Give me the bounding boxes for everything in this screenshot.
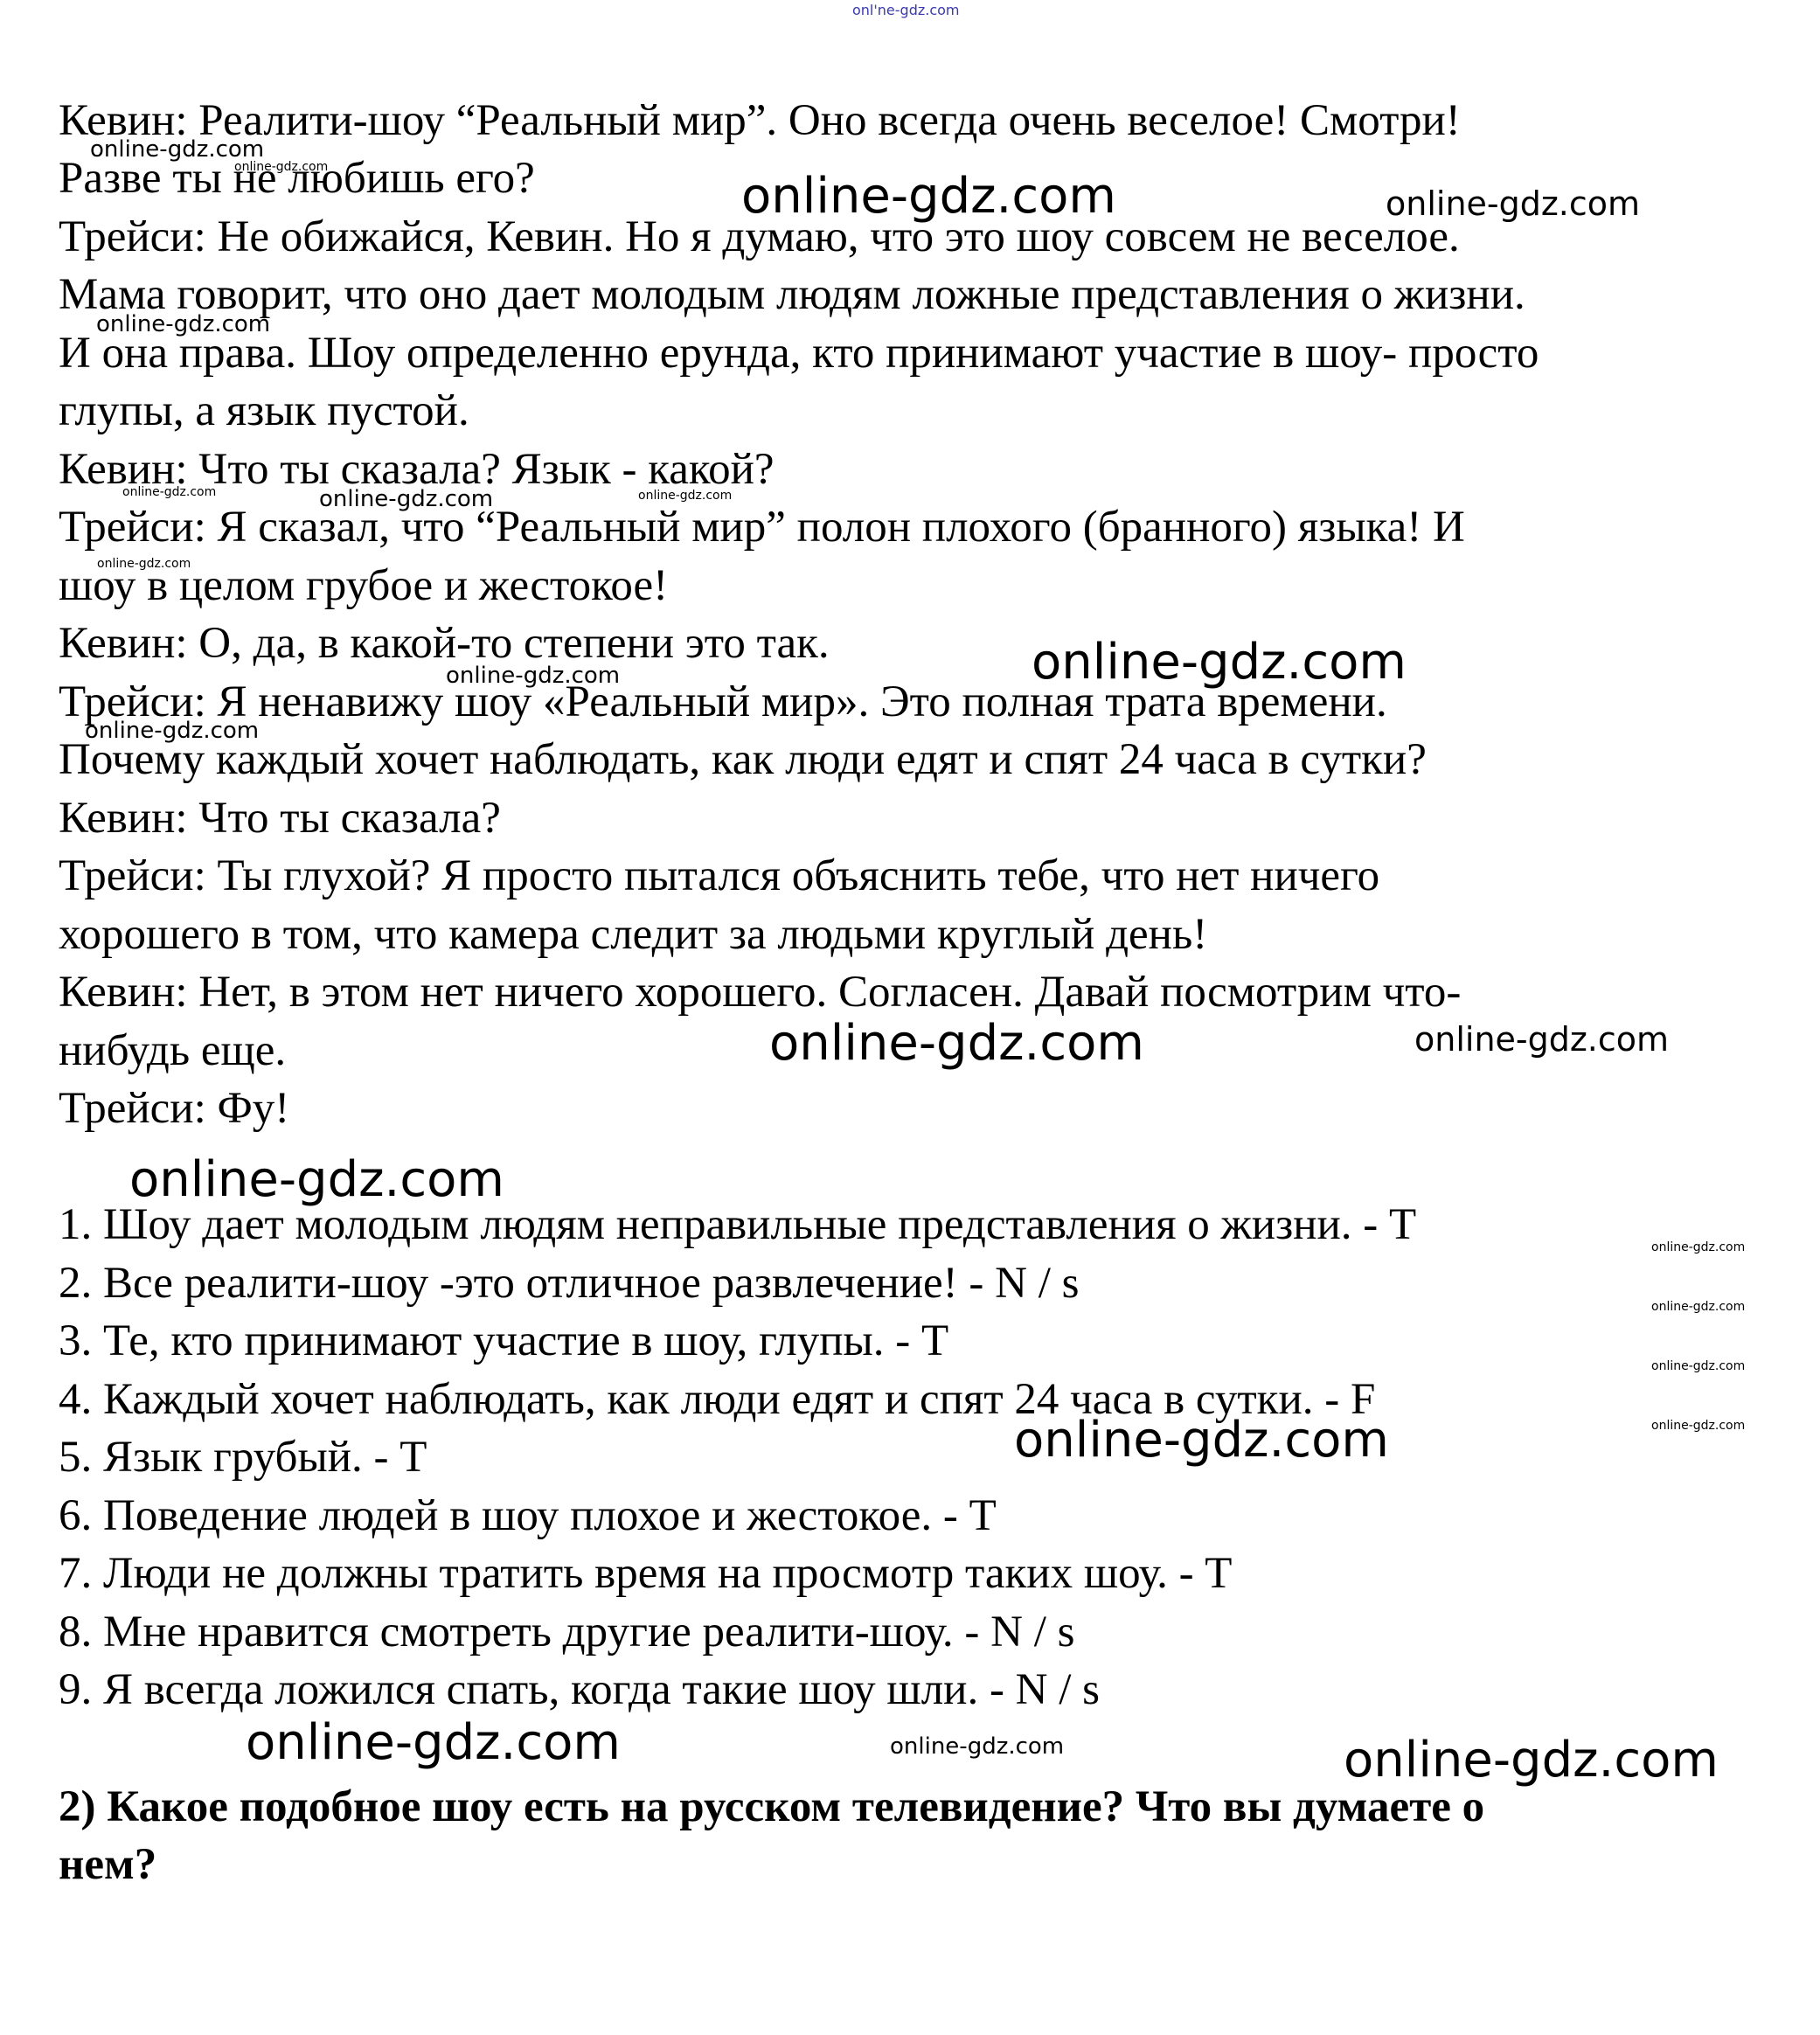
watermark-top: onl'ne-gdz.com: [852, 3, 960, 17]
question-heading: нем?: [59, 1836, 156, 1893]
watermark: online-gdz.com: [890, 1735, 1064, 1758]
watermark: online-gdz.com: [97, 558, 191, 570]
watermark: online-gdz.com: [1032, 638, 1407, 687]
watermark: online-gdz.com: [85, 719, 259, 742]
answer-item: 7. Люди не должны тратить время на просм…: [59, 1545, 1232, 1602]
watermark: online-gdz.com: [1651, 1360, 1745, 1372]
watermark: online-gdz.com: [1344, 1736, 1719, 1785]
dialogue-line: Мама говорит, что оно дает молодым людям…: [59, 266, 1525, 323]
watermark: online-gdz.com: [96, 313, 270, 336]
answer-item: 9. Я всегда ложился спать, когда такие ш…: [59, 1661, 1100, 1719]
dialogue-line: Кевин: Что ты сказала?: [59, 789, 501, 847]
watermark: online-gdz.com: [1651, 1420, 1745, 1432]
dialogue-line: И она права. Шоу определенно ерунда, кто…: [59, 324, 1539, 382]
dialogue-line: Кевин: Реалити-шоу “Реальный мир”. Оно в…: [59, 92, 1461, 149]
watermark: online-gdz.com: [246, 1719, 621, 1768]
dialogue-line: Кевин: Нет, в этом нет ничего хорошего. …: [59, 963, 1461, 1021]
watermark: online-gdz.com: [1014, 1416, 1389, 1465]
answer-item: 6. Поведение людей в шоу плохое и жесток…: [59, 1487, 997, 1545]
watermark: online-gdz.com: [769, 1019, 1144, 1068]
watermark: online-gdz.com: [129, 1156, 504, 1205]
dialogue-line: глупы, а язык пустой.: [59, 382, 469, 440]
watermark: online-gdz.com: [319, 488, 493, 510]
watermark: online-gdz.com: [1651, 1301, 1745, 1313]
question-heading: 2) Какое подобное шоу есть на русском те…: [59, 1778, 1484, 1836]
answer-item: 8. Мне нравится смотреть другие реалити-…: [59, 1603, 1075, 1661]
dialogue-line: Кевин: О, да, в какой-то степени это так…: [59, 615, 830, 672]
dialogue-line: Почему каждый хочет наблюдать, как люди …: [59, 731, 1427, 788]
answer-item: 5. Язык грубый. - T: [59, 1428, 427, 1486]
watermark: online-gdz.com: [741, 172, 1116, 221]
watermark: online-gdz.com: [234, 161, 328, 173]
watermark: online-gdz.com: [638, 490, 732, 502]
watermark: online-gdz.com: [1651, 1241, 1745, 1254]
watermark: online-gdz.com: [90, 138, 264, 161]
watermark: online-gdz.com: [1386, 187, 1640, 220]
watermark: online-gdz.com: [122, 486, 216, 498]
watermark: online-gdz.com: [1414, 1023, 1669, 1056]
document-page: onl'ne-gdz.com Кевин: Реалити-шоу “Реаль…: [0, 0, 1820, 2035]
dialogue-line: хорошего в том, что камера следит за люд…: [59, 906, 1207, 963]
dialogue-line: Трейси: Фу!: [59, 1080, 289, 1137]
dialogue-line: Трейси: Ты глухой? Я просто пытался объя…: [59, 847, 1379, 905]
answer-item: 2. Все реалити-шоу -это отличное развлеч…: [59, 1254, 1080, 1312]
watermark: online-gdz.com: [446, 664, 620, 687]
dialogue-line: нибудь еще.: [59, 1022, 286, 1080]
dialogue-line: Трейси: Я сказал, что “Реальный мир” пол…: [59, 498, 1465, 556]
answer-item: 3. Те, кто принимают участие в шоу, глуп…: [59, 1312, 948, 1370]
